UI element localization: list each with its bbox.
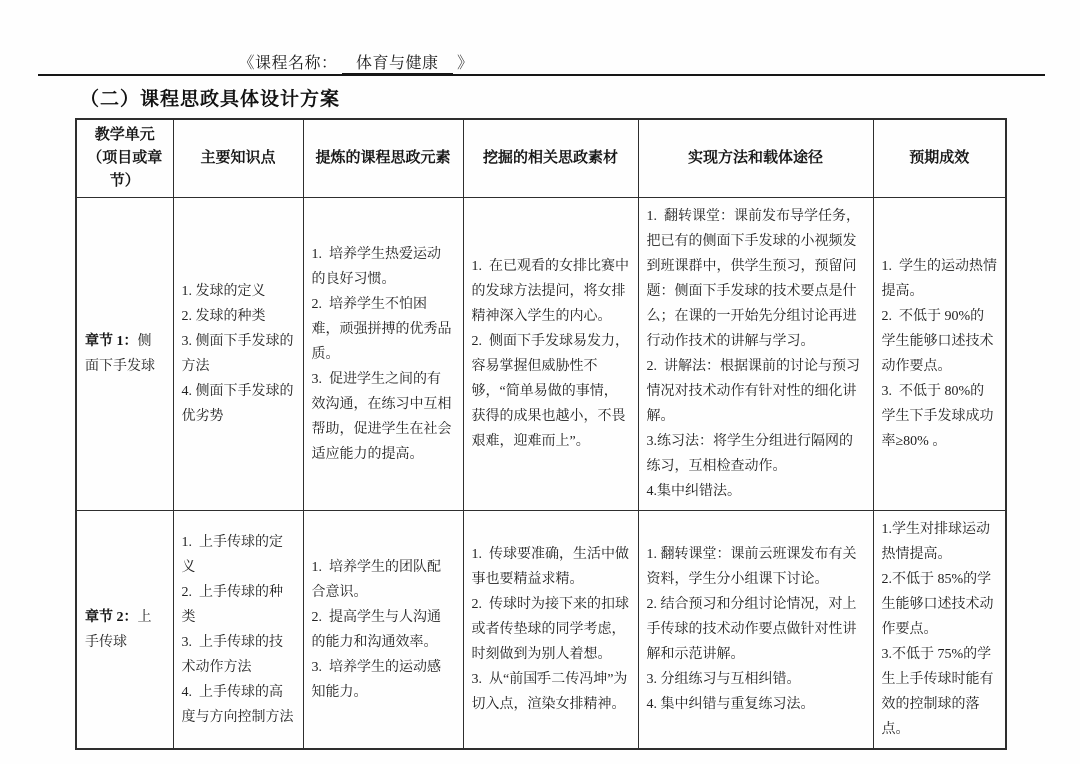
- list-item: 2. 上手传球的种类: [182, 580, 295, 630]
- section-title: （二）课程思政具体设计方案: [80, 84, 340, 111]
- list-item: 2. 侧面下手发球易发力，容易掌握但威胁性不够，“简单易做的事情，获得的成果也越…: [472, 329, 630, 454]
- cell-knowledge-points-2: 1. 上手传球的定义2. 上手传球的种类3. 上手传球的技术动作方法4. 上手传…: [173, 511, 303, 750]
- list-item: 4. 上手传球的高度与方向控制方法: [182, 680, 295, 730]
- col-header-expected-outcomes: 预期成效: [873, 119, 1006, 198]
- table-row-chapter-1: 章节 1：侧面下手发球 1. 发球的定义2. 发球的种类3. 侧面下手发球的方法…: [76, 198, 1006, 511]
- unit-label: 章节 2：: [85, 610, 138, 625]
- list-item: 1. 上手传球的定义: [182, 530, 295, 580]
- cell-knowledge-points-1: 1. 发球的定义2. 发球的种类3. 侧面下手发球的方法4. 侧面下手发球的优劣…: [173, 198, 303, 511]
- list-item: 1. 学生的运动热情提高。: [882, 254, 998, 304]
- cell-ideology-materials-2: 1. 传球要准确，生活中做事也要精益求精。2. 传球时为接下来的扣球或者传垫球的…: [463, 511, 638, 750]
- list-item: 2. 传球时为接下来的扣球或者传垫球的同学考虑，时刻做到为别人着想。: [472, 592, 630, 667]
- list-item: 1.学生对排球运动热情提高。: [882, 517, 998, 567]
- list-item: 2.不低于 85%的学生能够口述技术动作要点。: [882, 567, 998, 642]
- col-header-ideology-materials: 挖掘的相关思政素材: [463, 119, 638, 198]
- list-item: 2. 讲解法：根据课前的讨论与预习情况对技术动作有针对性的细化讲解。: [647, 354, 865, 429]
- cell-ideology-materials-1: 1. 在已观看的女排比赛中的发球方法提问，将女排精神深入学生的内心。2. 侧面下…: [463, 198, 638, 511]
- col-header-methods: 实现方法和载体途径: [638, 119, 873, 198]
- cell-ideology-elements-1: 1. 培养学生热爱运动的良好习惯。2. 培养学生不怕困难，顽强拼搏的优秀品质。3…: [303, 198, 463, 511]
- cell-unit-2: 章节 2：上手传球: [76, 511, 173, 750]
- list-item: 2. 发球的种类: [182, 304, 295, 329]
- list-item: 1. 翻转课堂：课前云班课发布有关资料，学生分小组课下讨论。: [647, 542, 865, 592]
- unit-label: 章节 1：: [85, 334, 138, 349]
- list-item: 1. 翻转课堂：课前发布导学任务，把已有的侧面下手发球的小视频发到班课群中，供学…: [647, 204, 865, 354]
- col-header-ideology-elements: 提炼的课程思政元素: [303, 119, 463, 198]
- list-item: 1. 培养学生热爱运动的良好习惯。: [312, 242, 455, 292]
- list-item: 1. 在已观看的女排比赛中的发球方法提问，将女排精神深入学生的内心。: [472, 254, 630, 329]
- col-header-teaching-unit: 教学单元（项目或章节）: [76, 119, 173, 198]
- list-item: 3. 促进学生之间的有效沟通，在练习中互相帮助，促进学生在社会适应能力的提高。: [312, 367, 455, 467]
- page-number: 7: [0, 669, 1080, 685]
- course-title-line: 《课程名称： 体育与健康 》: [0, 50, 712, 73]
- list-item: 1. 传球要准确，生活中做事也要精益求精。: [472, 542, 630, 592]
- cell-methods-1: 1. 翻转课堂：课前发布导学任务，把已有的侧面下手发球的小视频发到班课群中，供学…: [638, 198, 873, 511]
- list-item: 1. 发球的定义: [182, 279, 295, 304]
- cell-methods-2: 1. 翻转课堂：课前云班课发布有关资料，学生分小组课下讨论。2. 结合预习和分组…: [638, 511, 873, 750]
- course-prefix: 《课程名称：: [238, 55, 342, 72]
- list-item: 2. 结合预习和分组讨论情况，对上手传球的技术动作要点做针对性讲解和示范讲解。: [647, 592, 865, 667]
- list-item: 4.集中纠错法。: [647, 479, 865, 504]
- list-item: 4. 侧面下手发球的优劣势: [182, 379, 295, 429]
- cell-outcomes-2: 1.学生对排球运动热情提高。2.不低于 85%的学生能够口述技术动作要点。3.不…: [873, 511, 1006, 750]
- table-header-row: 教学单元（项目或章节） 主要知识点 提炼的课程思政元素 挖掘的相关思政素材 实现…: [76, 119, 1006, 198]
- list-item: 2. 培养学生不怕困难，顽强拼搏的优秀品质。: [312, 292, 455, 367]
- list-item: 3.练习法：将学生分组进行隔网的练习，互相检查动作。: [647, 429, 865, 479]
- col-header-knowledge-points: 主要知识点: [173, 119, 303, 198]
- list-item: 2. 不低于 90%的学生能够口述技术动作要点。: [882, 304, 998, 379]
- list-item: 1. 培养学生的团队配合意识。: [312, 555, 455, 605]
- list-item: 3. 侧面下手发球的方法: [182, 329, 295, 379]
- course-suffix: 》: [453, 55, 474, 72]
- table-row-chapter-2: 章节 2：上手传球 1. 上手传球的定义2. 上手传球的种类3. 上手传球的技术…: [76, 511, 1006, 750]
- list-item: 2. 提高学生与人沟通的能力和沟通效率。: [312, 605, 455, 655]
- cell-ideology-elements-2: 1. 培养学生的团队配合意识。2. 提高学生与人沟通的能力和沟通效率。3. 培养…: [303, 511, 463, 750]
- list-item: 3. 不低于 80%的学生下手发球成功率≥80% 。: [882, 379, 998, 454]
- course-design-table: 教学单元（项目或章节） 主要知识点 提炼的课程思政元素 挖掘的相关思政素材 实现…: [75, 118, 1007, 750]
- course-name-underlined: 体育与健康: [342, 55, 453, 75]
- cell-unit-1: 章节 1：侧面下手发球: [76, 198, 173, 511]
- list-item: 4. 集中纠错与重复练习法。: [647, 692, 865, 717]
- cell-outcomes-1: 1. 学生的运动热情提高。2. 不低于 90%的学生能够口述技术动作要点。3. …: [873, 198, 1006, 511]
- list-item: 3.不低于 75%的学生上手传球时能有效的控制球的落点。: [882, 642, 998, 742]
- document-page: 《课程名称： 体育与健康 》 （二）课程思政具体设计方案 教学单元（项目或章节）…: [0, 0, 1080, 764]
- header-divider-line: [38, 74, 1045, 76]
